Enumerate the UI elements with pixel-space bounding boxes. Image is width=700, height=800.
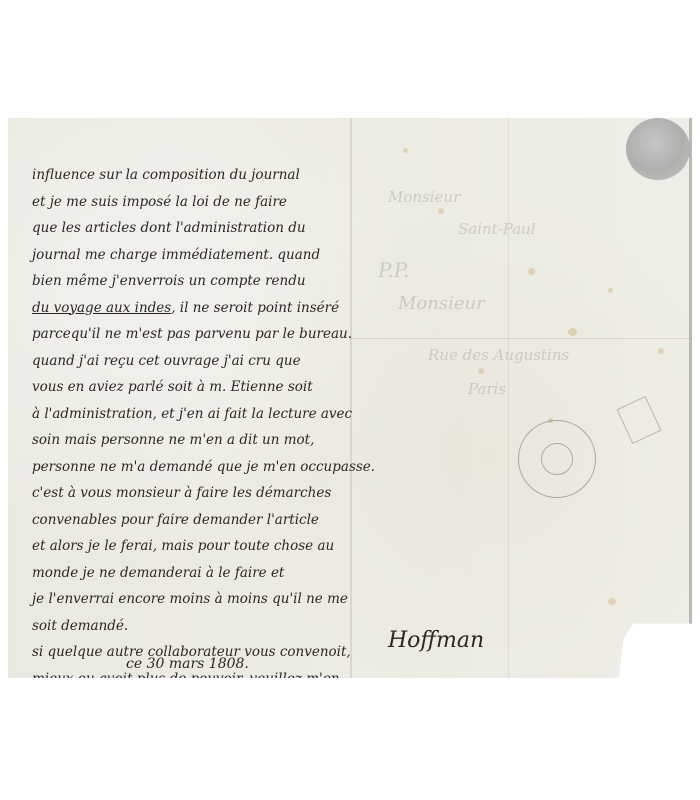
signature: Hoffman [388,628,484,653]
address-ghost-line: Paris [468,380,506,398]
foxing-spot [438,208,444,214]
letter-date: ce 30 mars 1808. [126,656,249,672]
secondary-fold-line [508,118,509,678]
letter-line: monde je ne demanderai à le faire et [32,560,362,587]
paper-edge [689,118,692,678]
foxing-spot [608,598,616,605]
letter-line: prévenir je lui enverrai l'ouvrage. [32,692,362,719]
letter-line: c'est à vous monsieur à faire les démarc… [32,480,362,507]
letter-line: que les articles dont l'administration d… [32,215,362,242]
letter-line: convenables pour faire demander l'articl… [32,507,362,534]
foxing-spot [608,288,613,293]
letter-line: parcequ'il ne m'est pas parvenu par le b… [32,321,362,348]
postmark-inner-ring [541,443,573,475]
wax-seal [626,118,690,180]
letter-line: et je me suis imposé la loi de ne faire [32,189,362,216]
letter-line: personne ne m'a demandé que je m'en occu… [32,454,362,481]
horizontal-fold-line [350,338,692,339]
address-ghost-line: P.P. [378,258,410,282]
letter-line: à l'administration, et j'en ai fait la l… [32,401,362,428]
letter-line-underlined: du voyage aux indes, il ne seroit point … [32,295,362,322]
postal-marking [616,396,661,444]
letter-line: vous en aviez parlé soit à m. Etienne so… [32,374,362,401]
letter-line: et alors je le ferai, mais pour toute ch… [32,533,362,560]
postmark-stamp [518,420,596,498]
address-ghost-line: Saint-Paul [458,220,536,238]
closing-line: j'ai l'honneur de vous saluer. [32,719,362,746]
foxing-spot [478,368,484,374]
address-ghost-line: Monsieur [388,188,460,206]
letter-line: soit demandé. [32,613,362,640]
underlined-phrase: du voyage aux indes [32,300,171,316]
address-ghost-line: Rue des Augustins [428,346,569,364]
letter-line: soin mais personne ne m'en a dit un mot, [32,427,362,454]
letter-line-rest: , il ne seroit point inséré [171,300,339,316]
address-ghost-line: Monsieur [398,293,485,314]
letter-line: quand j'ai reçu cet ouvrage j'ai cru que [32,348,362,375]
foxing-spot [568,328,577,336]
letter-line: bien même j'enverrois un compte rendu [32,268,362,295]
letter-sheet: Monsieur Saint-Paul P.P. Monsieur Rue de… [8,118,692,678]
letter-line: je l'enverrai encore moins à moins qu'il… [32,586,362,613]
foxing-spot [658,348,664,354]
foxing-spot [403,148,408,153]
letter-line: journal me charge immédiatement. quand [32,242,362,269]
letter-line: influence sur la composition du journal [32,162,362,189]
foxing-spot [528,268,535,275]
